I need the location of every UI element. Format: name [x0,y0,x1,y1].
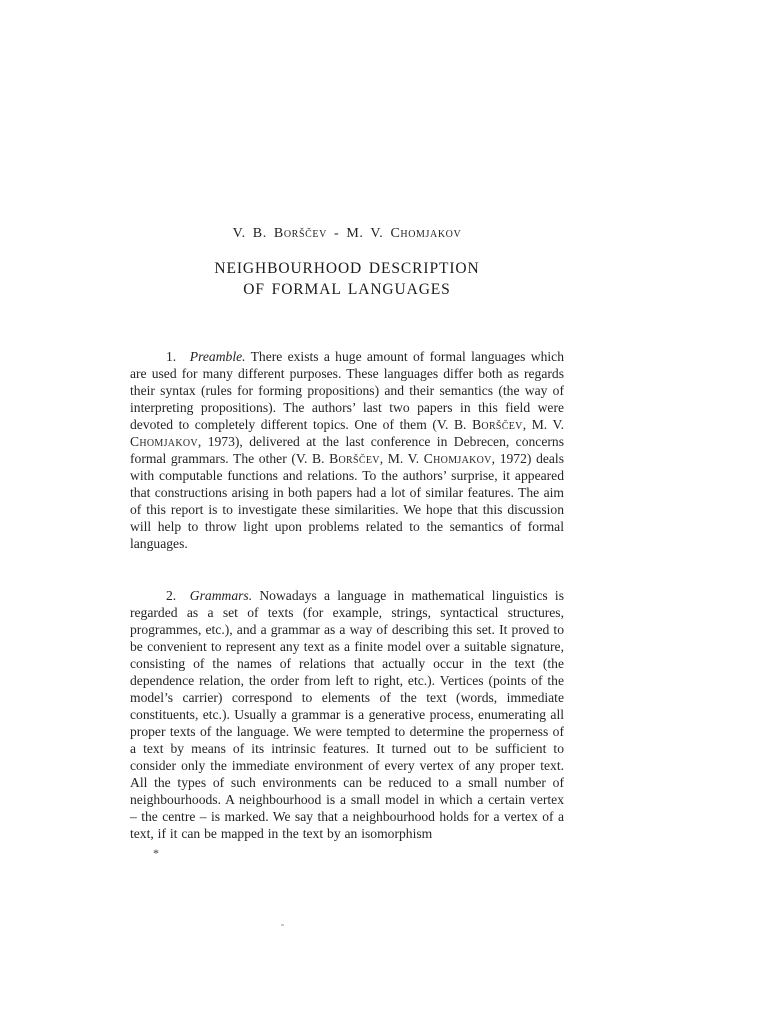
paper-title: NEIGHBOURHOOD DESCRIPTION OF FORMAL LANG… [130,258,564,300]
authors-line: V. B. Borščev - M. V. Chomjakov [130,226,564,242]
text-segment: Chomjakov [130,434,198,449]
section-2-grammars-paragraph: 2. Grammars. Nowadays a language in math… [130,587,564,842]
text-segment: Borščev [472,417,523,432]
text-segment: 2. [166,588,190,603]
text-segment: Preamble. [190,349,246,364]
text-segment: Nowadays a language in mathematical ling… [130,588,564,841]
paper-title-line1: NEIGHBOURHOOD DESCRIPTION [130,258,564,279]
scan-noise-speck [281,924,284,926]
scanned-paper-page: V. B. Borščev - M. V. Chomjakov NEIGHBOU… [0,0,770,1024]
text-segment: 1. [166,349,190,364]
text-segment: , M. V. [523,417,564,432]
text-segment: Borščev [329,451,380,466]
text-segment: Chomjakov [424,451,492,466]
paper-title-line2: OF FORMAL LANGUAGES [130,279,564,300]
footnote-asterisk-mark: * [153,846,159,861]
text-segment: Grammars. [190,588,252,603]
text-segment: , M. V. [380,451,424,466]
section-1-preamble-paragraph: 1. Preamble. There exists a huge amount … [130,348,564,552]
